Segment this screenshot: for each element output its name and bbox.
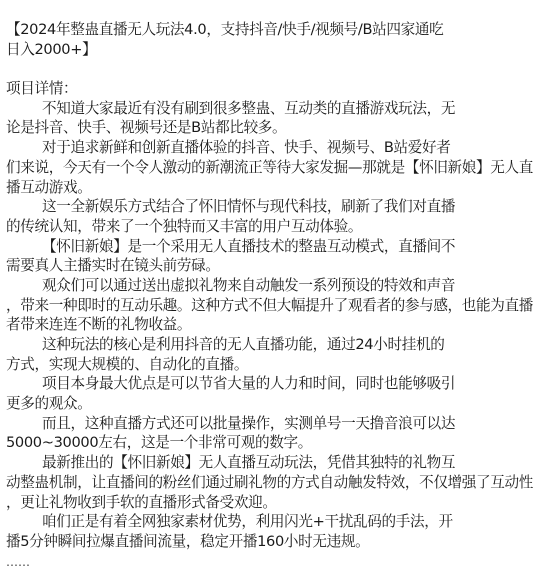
blank-line [6, 59, 556, 79]
paragraph: 这一全新娱乐方式结合了怀旧情怀与现代科技，刷新了我们对直播 的传统认知，带来了一… [6, 197, 556, 236]
document-body: 【2024年整蛊直播无人玩法4.0，支持抖音/快手/视频号/B站四家通吃 日入2… [6, 20, 556, 571]
paragraph: 项目本身最大优点是可以节省大量的人力和时间，同时也能够吸引 更多的观众。 [6, 374, 556, 413]
paragraph-line: 更多的观众。 [6, 394, 556, 414]
paragraph-line: 最新推出的【怀旧新娘】无人直播互动玩法，凭借其独特的礼物互 [6, 453, 556, 473]
title-line: 日入2000+】 [6, 40, 556, 60]
paragraph-line: 者带来连连不断的礼物收益。 [6, 315, 556, 335]
paragraph-line: 咱们正是有着全网独家素材优势，利用闪光+干扰乱码的手法，开 [6, 512, 556, 532]
paragraph-line: 5000~30000左右，这是一个非常可观的数字。 [6, 433, 556, 453]
paragraph-line: 【怀旧新娘】是一个采用无人直播技术的整蛊互动模式，直播间不 [6, 237, 556, 257]
paragraph-line: 的传统认知，带来了一个独特而又丰富的用户互动体验。 [6, 217, 556, 237]
paragraph-line: 动整蛊机制，让直播间的粉丝们通过刷礼物的方式自动触发特效，不仅增强了互动性 [6, 473, 556, 493]
ellipsis: …… [6, 555, 30, 569]
paragraph-line: 观众们可以通过送出虚拟礼物来自动触发一系列预设的特效和声音 [6, 276, 556, 296]
paragraph-line: ，带来一种即时的互动乐趣。这种方式不但大幅提升了观看者的参与感，也能为直播 [6, 296, 556, 316]
paragraph-line: 们来说，今天有一个令人激动的新潮流正等待大家发掘—那就是【怀旧新娘】无人直 [6, 158, 556, 178]
paragraph-line: 需要真人主播实时在镜头前劳碌。 [6, 256, 556, 276]
paragraph: 不知道大家最近有没有刷到很多整蛊、互动类的直播游戏玩法，无 论是抖音、快手、视频… [6, 99, 556, 138]
trailing-ellipsis-line: …… [6, 552, 556, 572]
section-heading: 项目详情： [6, 79, 556, 99]
paragraph: 【怀旧新娘】是一个采用无人直播技术的整蛊互动模式，直播间不 需要真人主播实时在镜… [6, 237, 556, 276]
paragraph: 最新推出的【怀旧新娘】无人直播互动玩法，凭借其独特的礼物互 动整蛊机制，让直播间… [6, 453, 556, 512]
paragraph: 而且，这种直播方式还可以批量操作，实测单号一天撸音浪可以达 5000~30000… [6, 414, 556, 453]
paragraph: 观众们可以通过送出虚拟礼物来自动触发一系列预设的特效和声音 ，带来一种即时的互动… [6, 276, 556, 335]
paragraph-line: 不知道大家最近有没有刷到很多整蛊、互动类的直播游戏玩法，无 [6, 99, 556, 119]
paragraph-line: 论是抖音、快手、视频号还是B站都比较多。 [6, 118, 556, 138]
paragraph-line: 播互动游戏。 [6, 178, 556, 198]
paragraph: 这种玩法的核心是利用抖音的无人直播功能，通过24小时挂机的 方式，实现大规模的、… [6, 335, 556, 374]
paragraph-line: 对于追求新鲜和创新直播体验的抖音、快手、视频号、B站爱好者 [6, 138, 556, 158]
paragraph-line: 这种玩法的核心是利用抖音的无人直播功能，通过24小时挂机的 [6, 335, 556, 355]
paragraph-line: 播5分钟瞬间拉爆直播间流量，稳定开播160小时无违规。 [6, 532, 556, 552]
paragraph-line: 而且，这种直播方式还可以批量操作，实测单号一天撸音浪可以达 [6, 414, 556, 434]
paragraph-line: ，更让礼物收到手软的直播形式备受欢迎。 [6, 493, 556, 513]
paragraph-line: 项目本身最大优点是可以节省大量的人力和时间，同时也能够吸引 [6, 374, 556, 394]
paragraph: 对于追求新鲜和创新直播体验的抖音、快手、视频号、B站爱好者 们来说，今天有一个令… [6, 138, 556, 197]
paragraph: 咱们正是有着全网独家素材优势，利用闪光+干扰乱码的手法，开 播5分钟瞬间拉爆直播… [6, 512, 556, 551]
title-line: 【2024年整蛊直播无人玩法4.0，支持抖音/快手/视频号/B站四家通吃 [6, 20, 556, 40]
paragraph-line: 方式，实现大规模的、自动化的直播。 [6, 355, 556, 375]
paragraph-line: 这一全新娱乐方式结合了怀旧情怀与现代科技，刷新了我们对直播 [6, 197, 556, 217]
